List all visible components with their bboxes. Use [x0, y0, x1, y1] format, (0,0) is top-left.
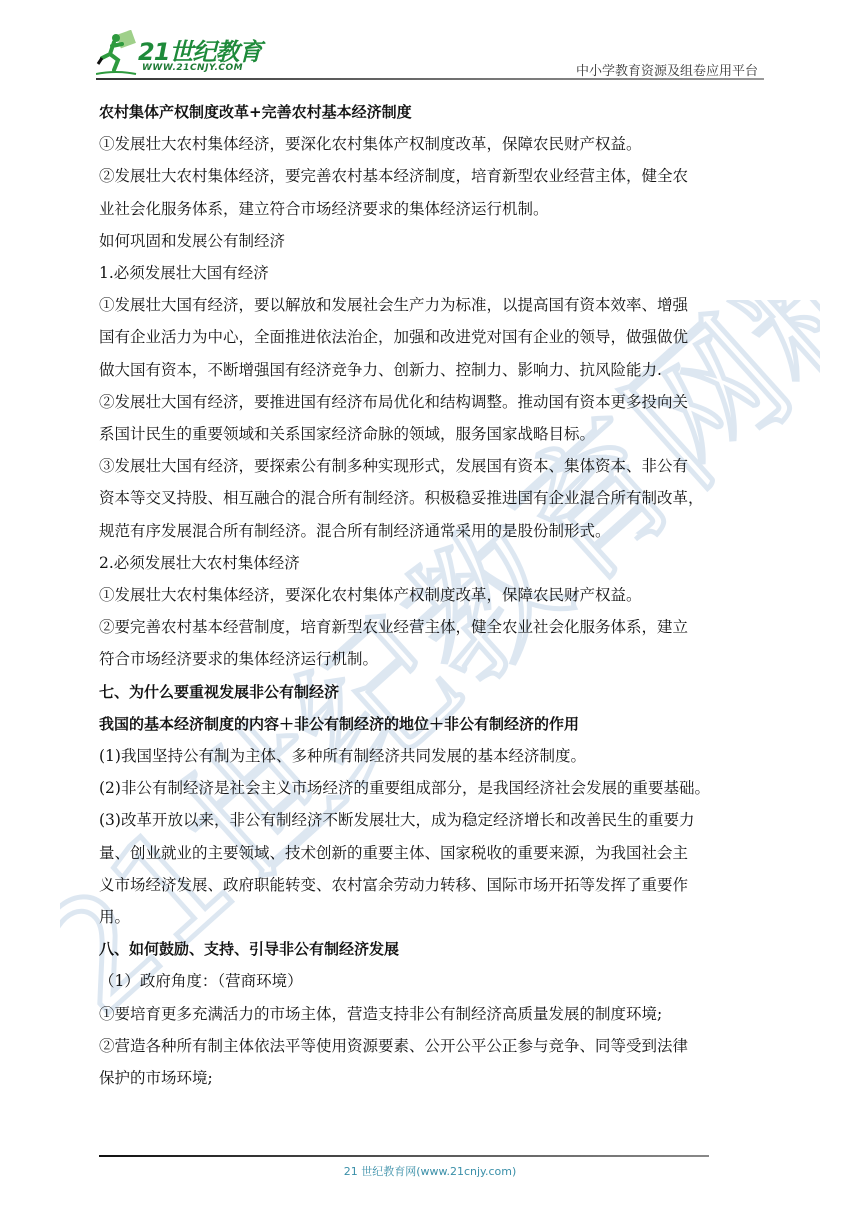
footer-link[interactable]: 21 世纪教育网(www.21cnjy.com)	[0, 1163, 860, 1179]
text-line: 用。	[99, 901, 765, 933]
text-line: ②发展壮大农村集体经济，要完善农村基本经济制度，培育新型农业经营主体，健全农	[99, 160, 765, 192]
text-line: 符合市场经济要求的集体经济运行机制。	[99, 643, 765, 675]
text-line: 1.必须发展壮大国有经济	[99, 257, 765, 289]
site-logo: 21世纪教育 WWW.21CNJY.COM	[96, 30, 266, 80]
text-line: 2.必须发展壮大农村集体经济	[99, 547, 765, 579]
section-heading: 农村集体产权制度改革+完善农村基本经济制度	[99, 96, 765, 128]
text-line: 业社会化服务体系，建立符合市场经济要求的集体经济运行机制。	[99, 193, 765, 225]
text-line: ①发展壮大农村集体经济，要深化农村集体产权制度改革，保障农民财产权益。	[99, 579, 765, 611]
text-line: (2)非公有制经济是社会主义市场经济的重要组成部分，是我国经济社会发展的重要基础…	[99, 772, 765, 804]
text-line: ②营造各种所有制主体依法平等使用资源要素、公开公平公正参与竞争、同等受到法律	[99, 1030, 765, 1062]
text-line: (1)我国坚持公有制为主体、多种所有制经济共同发展的基本经济制度。	[99, 740, 765, 772]
text-line: 如何巩固和发展公有制经济	[99, 225, 765, 257]
footer-divider	[99, 1155, 709, 1157]
text-line: 保护的市场环境;	[99, 1062, 765, 1094]
page-header: 21世纪教育 WWW.21CNJY.COM 中小学教育资源及组卷应用平台	[96, 24, 764, 80]
text-line: ②要完善农村基本经营制度，培育新型农业经营主体，健全农业社会化服务体系，建立	[99, 611, 765, 643]
text-line: 资本等交叉持股、相互融合的混合所有制经济。积极稳妥推进国有企业混合所有制改革，	[99, 482, 765, 514]
text-line: 规范有序发展混合所有制经济。混合所有制经济通常采用的是股份制形式。	[99, 515, 765, 547]
text-line: ①发展壮大农村集体经济，要深化农村集体产权制度改革，保障农民财产权益。	[99, 128, 765, 160]
section-heading: 我国的基本经济制度的内容＋非公有制经济的地位＋非公有制经济的作用	[99, 708, 765, 740]
text-line: 做大国有资本，不断增强国有经济竞争力、创新力、控制力、影响力、抗风险能力.	[99, 354, 765, 386]
text-line: 系国计民生的重要领域和关系国家经济命脉的领域，服务国家战略目标。	[99, 418, 765, 450]
text-line: ①要培育更多充满活力的市场主体，营造支持非公有制经济高质量发展的制度环境;	[99, 998, 765, 1030]
logo-title: 21世纪教育	[138, 32, 261, 67]
text-line: ②发展壮大国有经济，要推进国有经济布局优化和结构调整。推动国有资本更多投向关	[99, 386, 765, 418]
runner-logo-icon	[96, 30, 140, 78]
section-heading: 八、如何鼓励、支持、引导非公有制经济发展	[99, 933, 765, 965]
header-divider	[96, 78, 764, 80]
text-line: 量、创业就业的主要领域、技术创新的重要主体、国家税收的重要来源，为我国社会主	[99, 837, 765, 869]
document-body: 农村集体产权制度改革+完善农村基本经济制度①发展壮大农村集体经济，要深化农村集体…	[99, 96, 765, 1094]
text-line: （1）政府角度：（营商环境）	[99, 965, 765, 997]
text-line: (3)改革开放以来，非公有制经济不断发展壮大，成为稳定经济增长和改善民生的重要力	[99, 804, 765, 836]
text-line: 国有企业活力为中心，全面推进依法治企，加强和改进党对国有企业的领导，做强做优	[99, 321, 765, 353]
text-line: ③发展壮大国有经济，要探索公有制多种实现形式，发展国有资本、集体资本、非公有	[99, 450, 765, 482]
platform-label: 中小学教育资源及组卷应用平台	[576, 60, 758, 79]
text-line: ①发展壮大国有经济，要以解放和发展社会生产力为标准，以提高国有资本效率、增强	[99, 289, 765, 321]
logo-url: WWW.21CNJY.COM	[142, 63, 243, 73]
section-heading: 七、为什么要重视发展非公有制经济	[99, 676, 765, 708]
text-line: 义市场经济发展、政府职能转变、农村富余劳动力转移、国际市场开拓等发挥了重要作	[99, 869, 765, 901]
